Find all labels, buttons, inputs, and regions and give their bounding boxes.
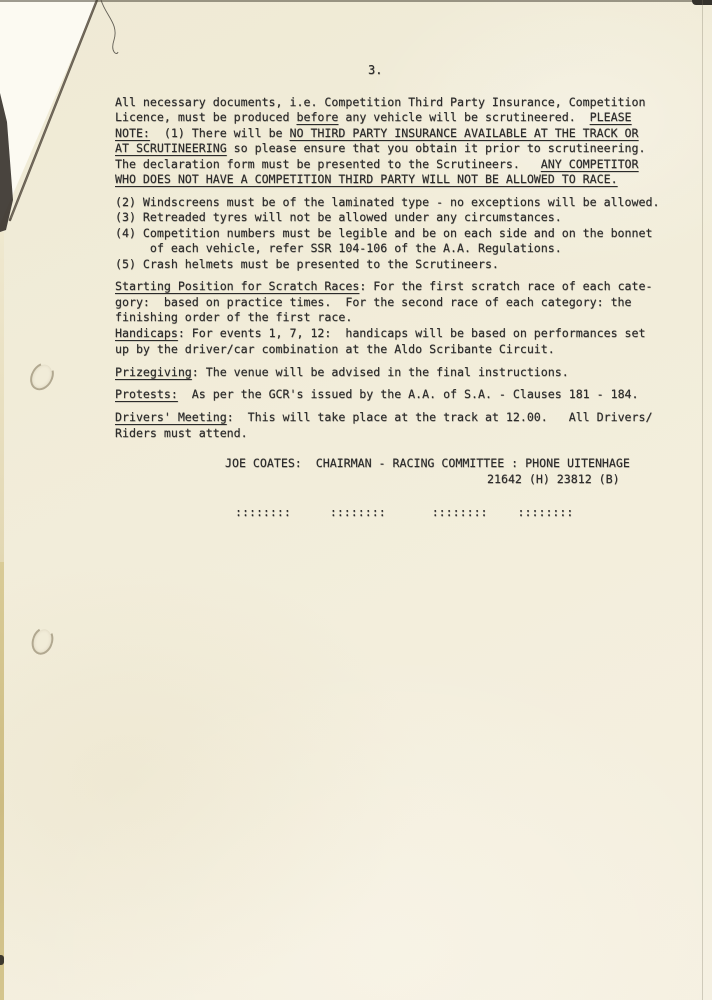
document-body: All necessary documents, i.e. Competitio…	[115, 95, 690, 520]
text-line: finishing order of the first race.	[115, 310, 690, 325]
text-segment: (5) Crash helmets must be presented to t…	[115, 257, 499, 271]
paragraph: Starting Position for Scratch Races: For…	[115, 279, 690, 325]
text-segment: finishing order of the first race.	[115, 310, 352, 324]
text-segment: : The venue will be advised in the final…	[192, 365, 569, 379]
text-segment: Licence, must be produced	[115, 110, 296, 124]
separator-row: ::::::::::::::::::::::::::::::::	[115, 505, 690, 520]
signature-block: JOE COATES: CHAIRMAN - RACING COMMITTEE …	[115, 456, 690, 487]
text-line: AT SCRUTINEERING so please ensure that y…	[115, 141, 690, 156]
paragraphs-container: All necessary documents, i.e. Competitio…	[115, 95, 690, 441]
text-segment: : This will take place at the track at 1…	[227, 410, 653, 424]
text-line: The declaration form must be presented t…	[115, 157, 690, 172]
underlined-text: Handicaps	[115, 326, 178, 340]
text-line: (2) Windscreens must be of the laminated…	[115, 195, 690, 210]
punch-hole-bottom	[28, 624, 57, 657]
text-segment: any vehicle will be scrutineered.	[338, 110, 589, 124]
text-segment: : For the first scratch race of each cat…	[359, 279, 652, 293]
punch-hole-top	[25, 359, 58, 395]
text-line: All necessary documents, i.e. Competitio…	[115, 95, 690, 110]
text-segment: (3) Retreaded tyres will not be allowed …	[115, 210, 562, 224]
paragraph: Drivers' Meeting: This will take place a…	[115, 410, 690, 441]
scanned-document-page: 3. All necessary documents, i.e. Competi…	[0, 0, 712, 1000]
text-segment: so please ensure that you obtain it prio…	[227, 141, 646, 155]
underlined-text: Prizegiving	[115, 365, 192, 379]
underlined-text: before	[296, 110, 338, 124]
underlined-text: NOTE:	[115, 126, 150, 140]
text-segment: All necessary documents, i.e. Competitio…	[115, 95, 645, 109]
text-segment: : For events 1, 7, 12: handicaps will be…	[178, 326, 646, 340]
paper-left-edge-tan	[0, 562, 4, 1000]
text-line: NOTE: (1) There will be NO THIRD PARTY I…	[115, 126, 690, 141]
signature-phone-line: 21642 (H) 23812 (B)	[115, 472, 690, 487]
paper-left-edge	[0, 232, 4, 562]
page-number: 3.	[368, 62, 382, 78]
text-line: (3) Retreaded tyres will not be allowed …	[115, 210, 690, 225]
text-segment: Riders must attend.	[115, 426, 248, 440]
paragraph: Handicaps: For events 1, 7, 12: handicap…	[115, 326, 690, 357]
signature-line: JOE COATES: CHAIRMAN - RACING COMMITTEE …	[115, 456, 690, 471]
separator-group: ::::::::	[432, 505, 488, 519]
paragraph: All necessary documents, i.e. Competitio…	[115, 95, 690, 187]
separator-group: ::::::::	[235, 505, 291, 519]
paper-right-edge	[702, 0, 703, 1000]
text-segment: As per the GCR's issued by the A.A. of S…	[178, 387, 639, 401]
text-line: gory: based on practice times. For the s…	[115, 295, 690, 310]
underlined-text: WHO DOES NOT HAVE A COMPETITION THIRD PA…	[115, 172, 618, 186]
text-line: (5) Crash helmets must be presented to t…	[115, 257, 690, 272]
text-segment: of each vehicle, refer SSR 104-106 of th…	[115, 241, 562, 255]
separator-group: ::::::::	[330, 505, 386, 519]
underlined-text: Drivers' Meeting	[115, 410, 227, 424]
text-line: Protests: As per the GCR's issued by the…	[115, 387, 690, 402]
underlined-text: PLEASE	[590, 110, 632, 124]
text-segment: (4) Competition numbers must be legible …	[115, 226, 652, 240]
paragraph: Protests: As per the GCR's issued by the…	[115, 387, 690, 402]
text-line: of each vehicle, refer SSR 104-106 of th…	[115, 241, 690, 256]
left-edge-mark	[0, 955, 4, 965]
separator-group: ::::::::	[518, 505, 574, 519]
text-segment: The declaration form must be presented t…	[115, 157, 541, 171]
underlined-text: ANY COMPETITOR	[541, 157, 639, 171]
underlined-text: Protests:	[115, 387, 178, 401]
underlined-text: Starting Position for Scratch Races	[115, 279, 359, 293]
underlined-text: AT SCRUTINEERING	[115, 141, 227, 155]
text-line: Drivers' Meeting: This will take place a…	[115, 410, 690, 425]
paragraph: Prizegiving: The venue will be advised i…	[115, 365, 690, 380]
text-line: Riders must attend.	[115, 426, 690, 441]
text-line: Prizegiving: The venue will be advised i…	[115, 365, 690, 380]
paper-top-edge	[0, 0, 712, 2]
text-segment: (2) Windscreens must be of the laminated…	[115, 195, 659, 209]
paragraph: (2) Windscreens must be of the laminated…	[115, 195, 690, 272]
text-line: Licence, must be produced before any veh…	[115, 110, 690, 125]
underlined-text: NO THIRD PARTY INSURANCE AVAILABLE AT TH…	[290, 126, 639, 140]
text-line: Handicaps: For events 1, 7, 12: handicap…	[115, 326, 690, 341]
text-segment: up by the driver/car combination at the …	[115, 342, 555, 356]
text-line: up by the driver/car combination at the …	[115, 342, 690, 357]
text-line: WHO DOES NOT HAVE A COMPETITION THIRD PA…	[115, 172, 690, 187]
text-line: Starting Position for Scratch Races: For…	[115, 279, 690, 294]
text-segment: (1) There will be	[150, 126, 290, 140]
folded-corner	[0, 0, 100, 224]
text-line: (4) Competition numbers must be legible …	[115, 226, 690, 241]
text-segment: gory: based on practice times. For the s…	[115, 295, 632, 309]
